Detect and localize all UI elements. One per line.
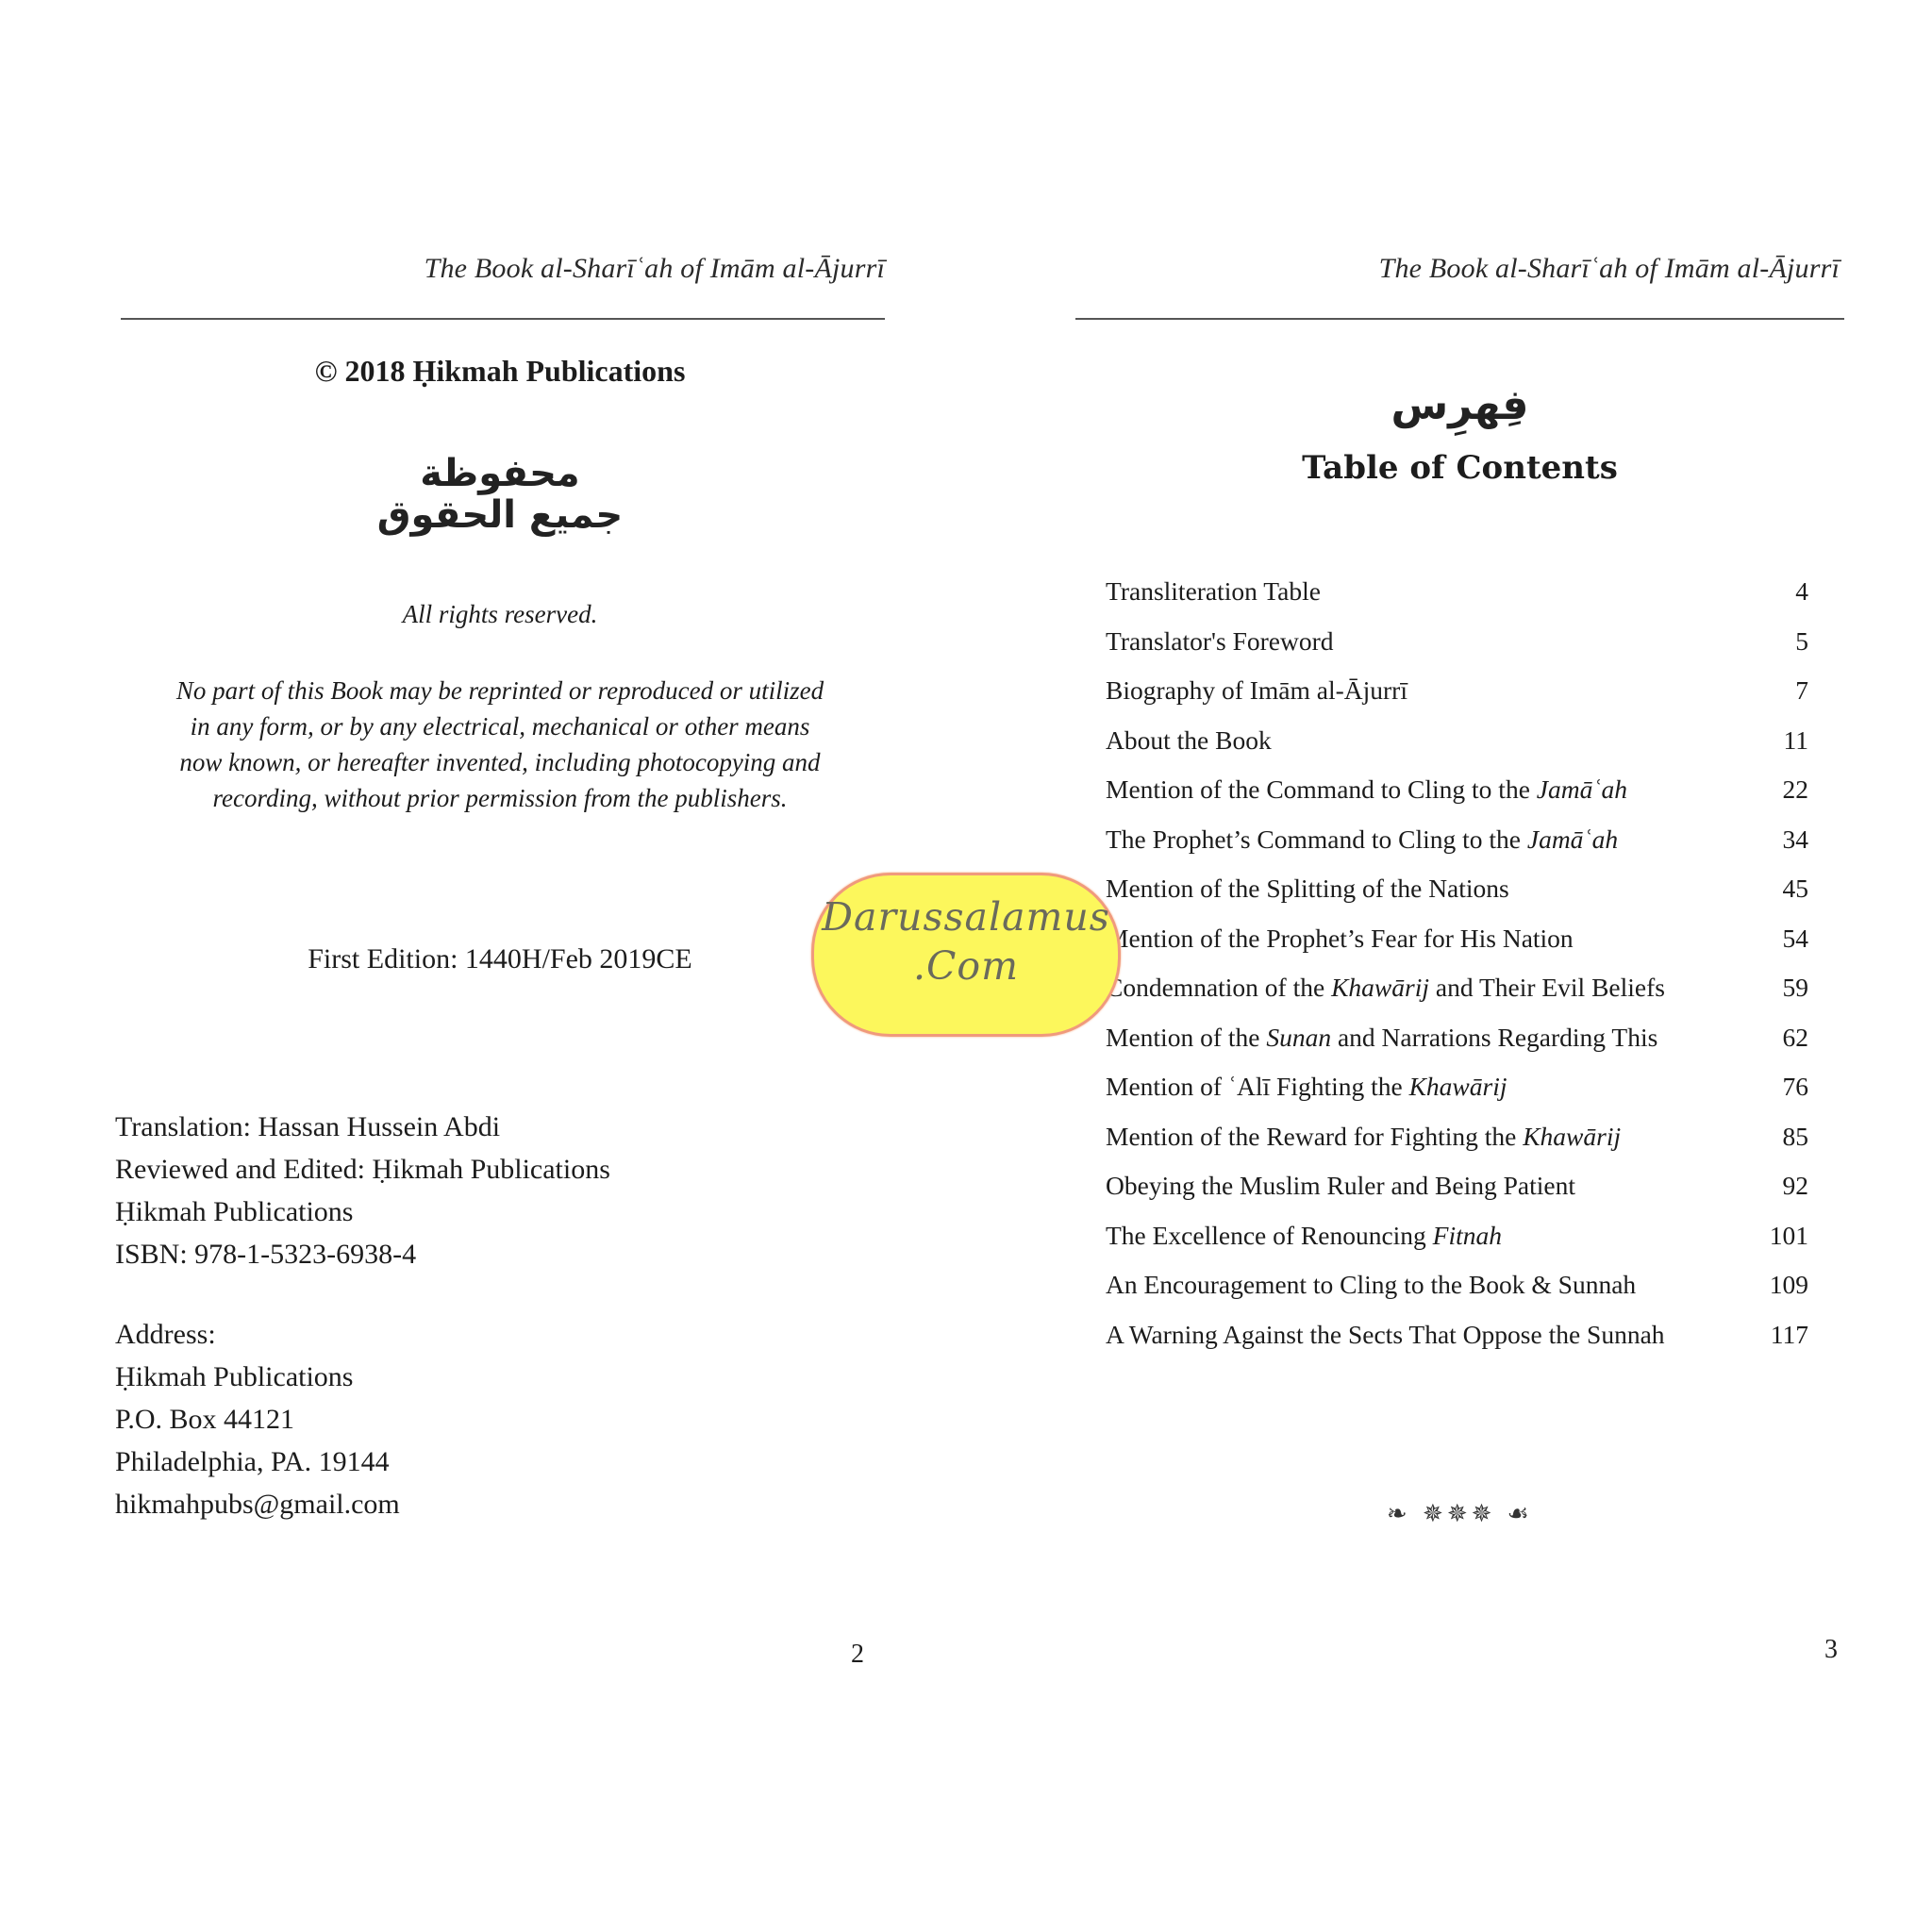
toc-entry-page: 45 [1783,870,1809,908]
toc-entry-page: 54 [1783,920,1809,958]
ornament-divider: ❧ ✵✵✵ ☙ [1075,1500,1844,1528]
arabic-rights-seal: محفوظة جميع الحقوق [0,453,1000,536]
toc-title-text: A Warning Against the Sects That Oppose … [1106,1320,1665,1349]
address-pobox: P.O. Box 44121 [115,1398,400,1441]
watermark-badge: Darussalamus .Com [811,873,1121,1037]
toc-entry-title: The Excellence of Renouncing Fitnah [1106,1217,1502,1255]
address-name: Ḥikmah Publications [115,1356,400,1398]
toc-title-text: The Excellence of Renouncing [1106,1221,1433,1250]
toc-entry-title: Transliteration Table [1106,573,1321,610]
page-number-right: 3 [1824,1635,1838,1665]
toc-title-text: Mention of the Reward for Fighting the [1106,1122,1523,1151]
toc-title-text: Mention of the Splitting of the Nations [1106,874,1509,903]
header-rule-right [1075,318,1844,320]
toc-entry-page: 7 [1795,672,1808,709]
notice-line: No part of this Book may be reprinted or… [0,673,1000,708]
toc-entry-page: 11 [1784,722,1808,759]
credit-reviewed: Reviewed and Edited: Ḥikmah Publications [115,1148,610,1191]
credit-publisher: Ḥikmah Publications [115,1191,610,1233]
toc-entry-page: 4 [1795,573,1808,610]
toc-title-italic: Khawārij [1409,1072,1507,1101]
watermark-line-2: .Com [814,941,1118,991]
toc-entry-page: 62 [1783,1019,1809,1057]
toc-entry-title: Mention of the Prophet’s Fear for His Na… [1106,920,1574,958]
toc-entry[interactable]: An Encouragement to Cling to the Book & … [1106,1266,1808,1316]
toc-title-italic: Sunan [1266,1023,1331,1052]
toc-entry[interactable]: Transliteration Table4 [1106,573,1808,623]
toc-entry[interactable]: Biography of Imām al-Ājurrī7 [1106,672,1808,722]
toc-entry[interactable]: Condemnation of the Khawārij and Their E… [1106,969,1808,1019]
toc-entry[interactable]: Mention of the Reward for Fighting the K… [1106,1118,1808,1168]
toc-entry-title: Mention of ʿAlī Fighting the Khawārij [1106,1068,1507,1106]
toc-entry[interactable]: A Warning Against the Sects That Oppose … [1106,1316,1808,1366]
toc-entry-page: 5 [1795,623,1808,660]
toc-title-text: The Prophet’s Command to Cling to the [1106,824,1527,854]
table-of-contents: Transliteration Table4Translator's Forew… [1106,573,1808,1365]
toc-title-text: An Encouragement to Cling to the Book & … [1106,1270,1636,1299]
address-label: Address: [115,1313,400,1356]
credit-isbn: ISBN: 978-1-5323-6938-4 [115,1233,610,1275]
toc-entry[interactable]: The Excellence of Renouncing Fitnah101 [1106,1217,1808,1267]
notice-line: now known, or hereafter invented, includ… [0,744,1000,780]
toc-entry-title: Mention of the Command to Cling to the J… [1106,771,1627,808]
toc-entry-title: Mention of the Splitting of the Nations [1106,870,1509,908]
toc-entry[interactable]: Mention of the Splitting of the Nations4… [1106,870,1808,920]
toc-title-text: About the Book [1106,725,1272,755]
toc-entry-title: Translator's Foreword [1106,623,1334,660]
toc-entry[interactable]: Mention of the Prophet’s Fear for His Na… [1106,920,1808,970]
notice-line: recording, without prior permission from… [0,780,1000,816]
toc-entry-title: Mention of the Reward for Fighting the K… [1106,1118,1621,1156]
credit-translation: Translation: Hassan Hussein Abdi [115,1106,610,1148]
toc-entry-page: 92 [1783,1167,1809,1205]
toc-title-italic: Fitnah [1433,1221,1502,1250]
toc-entry[interactable]: Mention of the Command to Cling to the J… [1106,771,1808,821]
toc-entry-title: About the Book [1106,722,1272,759]
toc-entry[interactable]: The Prophet’s Command to Cling to the Ja… [1106,821,1808,871]
toc-entry[interactable]: About the Book11 [1106,722,1808,772]
toc-entry-page: 22 [1783,771,1809,808]
toc-entry[interactable]: Mention of ʿAlī Fighting the Khawārij76 [1106,1068,1808,1118]
rights-reserved: All rights reserved. [0,600,1000,629]
toc-entry-title: An Encouragement to Cling to the Book & … [1106,1266,1636,1304]
copyright-line: © 2018 Ḥikmah Publications [0,354,1000,389]
toc-entry-title: Obeying the Muslim Ruler and Being Patie… [1106,1167,1575,1205]
page-number-left: 2 [851,1640,864,1670]
toc-title-italic: Jamāʿah [1537,774,1627,804]
arabic-seal-line-2: جميع الحقوق [0,494,1000,536]
running-head-left: The Book al-Sharīʿah of Imām al-Ājurrī [121,253,885,285]
arabic-seal-line-1: محفوظة [0,453,1000,494]
watermark-line-1: Darussalamus [814,892,1118,941]
toc-title-text: Mention of the [1106,1023,1266,1052]
toc-entry[interactable]: Mention of the Sunan and Narrations Rega… [1106,1019,1808,1069]
toc-entry-title: Mention of the Sunan and Narrations Rega… [1106,1019,1657,1057]
toc-entry-title: Biography of Imām al-Ājurrī [1106,672,1407,709]
toc-title-text: Translator's Foreword [1106,626,1334,656]
toc-title-suffix: and Narrations Regarding This [1331,1023,1657,1052]
toc-title-italic: Khawārij [1331,973,1429,1002]
toc-title-text: Condemnation of the [1106,973,1331,1002]
address-email[interactable]: hikmahpubs@gmail.com [115,1483,400,1525]
toc-entry-page: 34 [1783,821,1809,858]
toc-entry-page: 117 [1771,1316,1808,1354]
toc-title-text: Obeying the Muslim Ruler and Being Patie… [1106,1171,1575,1200]
toc-entry-page: 101 [1770,1217,1808,1255]
toc-entry[interactable]: Translator's Foreword5 [1106,623,1808,673]
toc-title: Table of Contents [1075,449,1844,487]
header-rule-left [121,318,885,320]
running-head-right: The Book al-Sharīʿah of Imām al-Ājurrī [1075,253,1840,285]
toc-entry-page: 59 [1783,969,1809,1007]
toc-entry-title: Condemnation of the Khawārij and Their E… [1106,969,1665,1007]
toc-title-text: Mention of the Prophet’s Fear for His Na… [1106,924,1574,953]
toc-title-italic: Khawārij [1523,1122,1621,1151]
watermark-text: Darussalamus .Com [814,892,1118,991]
toc-title-text: Mention of ʿAlī Fighting the [1106,1072,1409,1101]
address-block: Address: Ḥikmah Publications P.O. Box 44… [115,1313,400,1525]
notice-line: in any form, or by any electrical, mecha… [0,708,1000,744]
toc-title-text: Mention of the Command to Cling to the [1106,774,1537,804]
toc-entry-title: The Prophet’s Command to Cling to the Ja… [1106,821,1618,858]
reproduction-notice: No part of this Book may be reprinted or… [0,673,1000,816]
toc-title-text: Transliteration Table [1106,576,1321,606]
toc-title-italic: Jamāʿah [1527,824,1618,854]
toc-entry-page: 85 [1783,1118,1809,1156]
toc-title-suffix: and Their Evil Beliefs [1429,973,1665,1002]
toc-entry-page: 109 [1770,1266,1808,1304]
toc-entry[interactable]: Obeying the Muslim Ruler and Being Patie… [1106,1167,1808,1217]
toc-entry-page: 76 [1783,1068,1809,1106]
toc-entry-title: A Warning Against the Sects That Oppose … [1106,1316,1665,1354]
toc-title-text: Biography of Imām al-Ājurrī [1106,675,1407,705]
credits-block: Translation: Hassan Hussein Abdi Reviewe… [115,1106,610,1275]
address-city: Philadelphia, PA. 19144 [115,1441,400,1483]
arabic-fihris-heading: فِهرِس [1075,377,1844,434]
